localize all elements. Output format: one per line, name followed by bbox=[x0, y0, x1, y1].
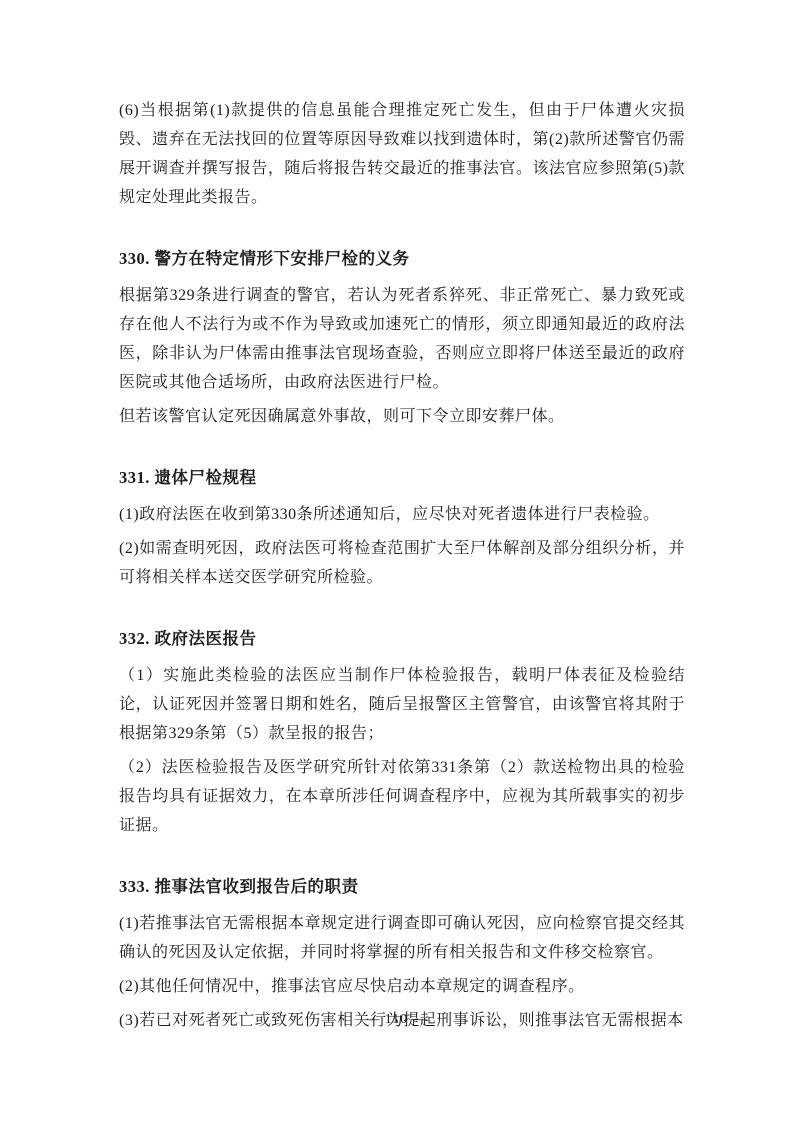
paragraph-332-2: （2）法医检验报告及医学研究所针对依第331条第（2）款送检物出具的检验报告均具… bbox=[119, 753, 685, 840]
section-heading-330: 330. 警方在特定情形下安排尸检的义务 bbox=[119, 244, 685, 273]
paragraph-330-2: 但若该警官认定死因确属意外事故，则可下令立即安葬尸体。 bbox=[119, 402, 685, 431]
paragraph-333-1: (1)若推事法官无需根据本章规定进行调查即可确认死因，应向检察官提交经其确认的死… bbox=[119, 909, 685, 967]
document-page: (6)当根据第(1)款提供的信息虽能合理推定死亡发生，但由于尸体遭火灾损毁、遗弃… bbox=[0, 0, 793, 1122]
paragraph-330-1: 根据第329条进行调查的警官，若认为死者系猝死、非正常死亡、暴力致死或存在他人不… bbox=[119, 281, 685, 397]
paragraph-clause-6: (6)当根据第(1)款提供的信息虽能合理推定死亡发生，但由于尸体遭火灾损毁、遗弃… bbox=[119, 96, 685, 212]
paragraph-331-2: (2)如需查明死因，政府法医可将检查范围扩大至尸体解剖及部分组织分析，并可将相关… bbox=[119, 534, 685, 592]
section-heading-332: 332. 政府法医报告 bbox=[119, 624, 685, 653]
paragraph-332-1: （1）实施此类检验的法医应当制作尸体检验报告，载明尸体表征及检验结论，认证死因并… bbox=[119, 661, 685, 748]
section-heading-333: 333. 推事法官收到报告后的职责 bbox=[119, 872, 685, 901]
paragraph-331-1: (1)政府法医在收到第330条所述通知后，应尽快对死者遗体进行尸表检验。 bbox=[119, 500, 685, 529]
document-content: (6)当根据第(1)款提供的信息虽能合理推定死亡发生，但由于尸体遭火灾损毁、遗弃… bbox=[119, 96, 685, 1035]
section-heading-331: 331. 遗体尸检规程 bbox=[119, 463, 685, 492]
page-number: — 110 — bbox=[0, 1010, 793, 1030]
paragraph-333-2: (2)其他任何情况中，推事法官应尽快启动本章规定的调查程序。 bbox=[119, 972, 685, 1001]
